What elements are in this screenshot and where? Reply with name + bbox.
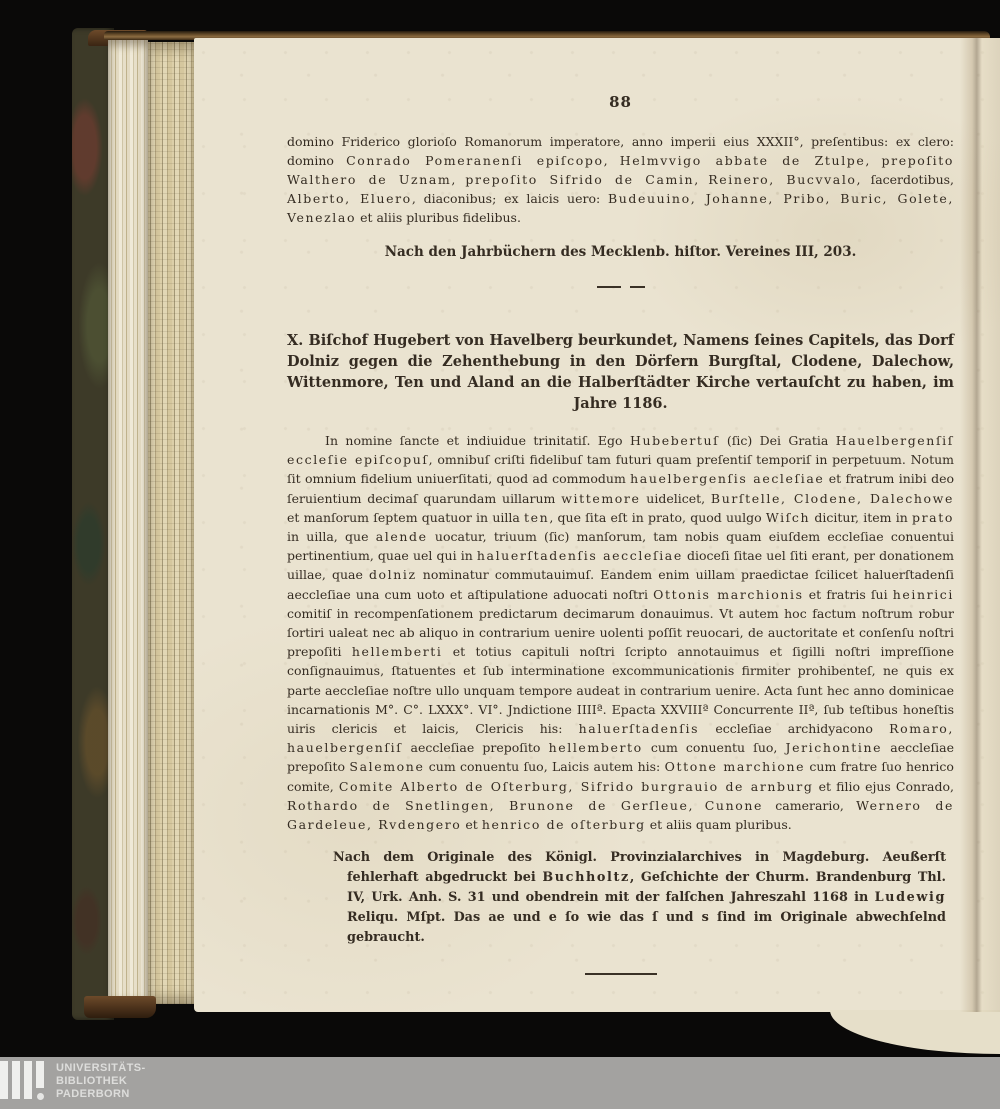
section-divider-dashes	[287, 285, 954, 288]
library-name: UNIVERSITÄTS- BIBLIOTHEK PADERBORN	[56, 1062, 146, 1101]
library-name-line2: BIBLIOTHEK	[56, 1075, 146, 1088]
library-name-line3: PADERBORN	[56, 1088, 146, 1101]
book-cover-corner-bottom	[84, 996, 156, 1018]
section-divider-rule	[585, 973, 657, 975]
page-edge-stack-inner	[148, 42, 196, 1004]
intro-paragraph: domino Friderico glorioſo Romanorum impe…	[287, 132, 954, 227]
watermark-band: UNIVERSITÄTS- BIBLIOTHEK PADERBORN	[0, 1057, 1000, 1109]
page-number: 88	[287, 93, 954, 111]
page-edge-stack	[108, 40, 148, 1006]
charter-heading: X. Biſchof Hugebert von Havelberg beurku…	[287, 330, 954, 414]
printed-content: 88 domino Friderico glorioſo Romanorum i…	[287, 93, 954, 975]
library-name-line1: UNIVERSITÄTS-	[56, 1062, 146, 1075]
charter-body: In nomine ſancte et indiuidue trinitatiſ…	[287, 431, 954, 834]
source-line: Nach den Jahrbüchern des Mecklenb. hiſto…	[287, 244, 954, 260]
library-logo-icon	[0, 1061, 52, 1105]
page-bottom-curl	[830, 1010, 1000, 1054]
source-note: Nach dem Originale des Königl. Provinzia…	[333, 848, 946, 948]
